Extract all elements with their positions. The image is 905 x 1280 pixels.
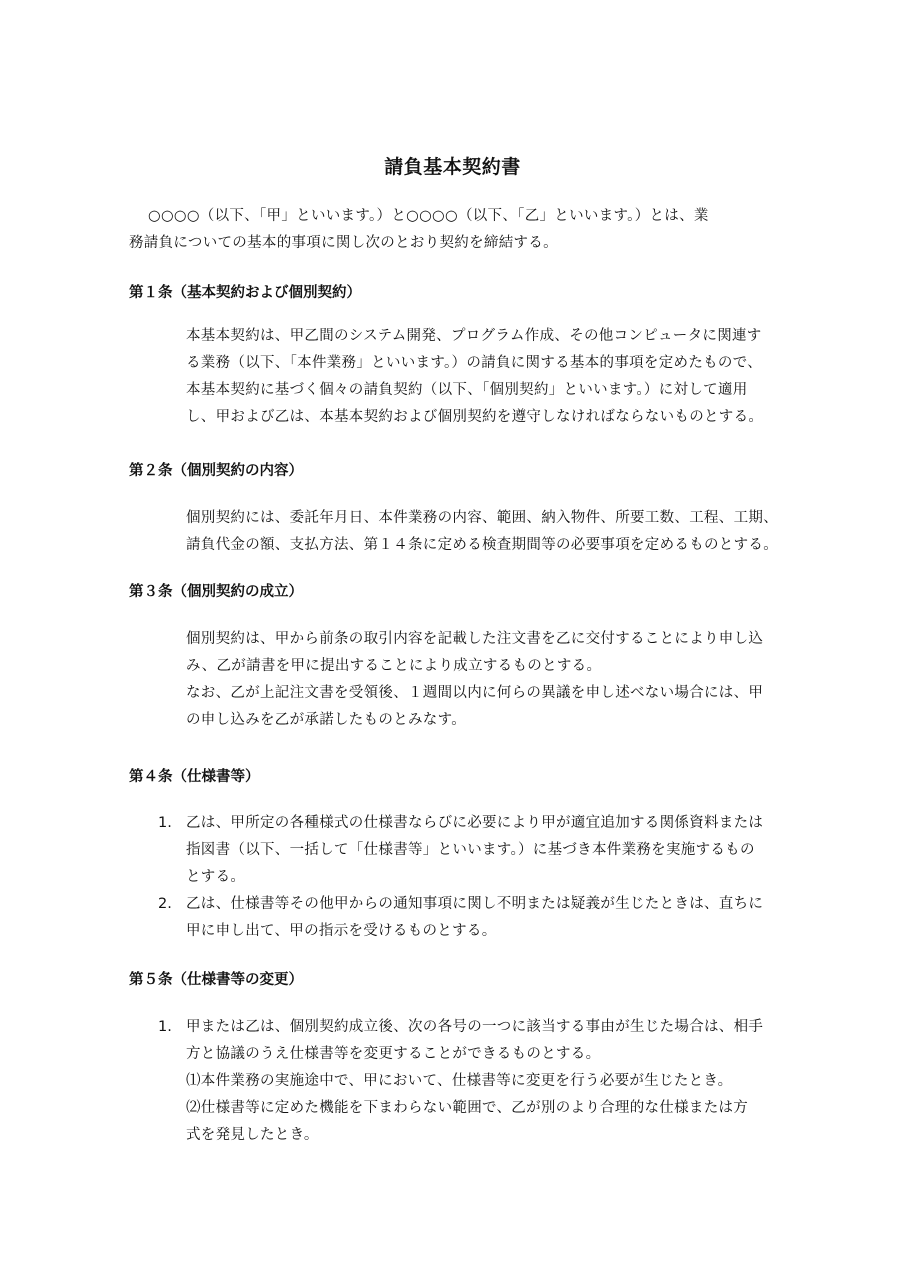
article-5-item-1-line: ⑴本件業務の実施途中で、甲において、仕様書等に変更を行う必要が生じたとき。	[186, 1072, 732, 1090]
article-5-heading: 第５条（仕様書等の変更）	[129, 971, 303, 989]
document-page: 請負基本契約書 ○○○○（以下、「甲」といいます。）と○○○○（以下、「乙」とい…	[0, 0, 905, 1280]
article-1-line: 本基本契約に基づく個々の請負契約（以下、「個別契約」といいます。）に対して適用	[186, 381, 748, 399]
article-4-item-2-line: 甲に申し出て、甲の指示を受けるものとする。	[186, 922, 497, 940]
article-5-item-1-line: 式を発見したとき。	[186, 1126, 319, 1144]
article-4-heading: 第４条（仕様書等）	[129, 768, 260, 786]
preamble-line: ○○○○（以下、「甲」といいます。）と○○○○（以下、「乙」といいます。）とは、…	[148, 207, 709, 225]
article-3-line: 個別契約は、甲から前条の取引内容を記載した注文書を乙に交付することにより申し込	[186, 630, 763, 648]
list-number: 1.	[158, 1018, 172, 1036]
preamble-line: 務請負についての基本的事項に関し次のとおり契約を締結する。	[129, 234, 558, 252]
article-1-line: 本基本契約は、甲乙間のシステム開発、プログラム作成、その他コンピュータに関連す	[186, 327, 762, 345]
article-5-item-1-line: 甲または乙は、個別契約成立後、次の各号の一つに該当する事由が生じた場合は、相手	[186, 1018, 763, 1036]
article-4-item-2-line: 乙は、仕様書等その他甲からの通知事項に関し不明または疑義が生じたときは、直ちに	[186, 895, 763, 913]
article-4-item-1-line: 乙は、甲所定の各種様式の仕様書ならびに必要により甲が適宜追加する関係資料または	[186, 814, 763, 832]
article-3-heading: 第３条（個別契約の成立）	[129, 583, 303, 601]
article-4-item-1-line: 指図書（以下、一括して「仕様書等」といいます。）に基づき本件業務を実施するもの	[186, 841, 755, 859]
list-number: 1.	[158, 814, 172, 832]
article-1-line: し、甲および乙は、本基本契約および個別契約を遵守しなければならないものとする。	[186, 408, 763, 426]
article-3-line: み、乙が請書を甲に提出することにより成立するものとする。	[186, 657, 601, 675]
article-3-line: なお、乙が上記注文書を受領後、１週間以内に何らの異議を申し述べない場合には、甲	[186, 684, 763, 702]
article-3-line: の申し込みを乙が承諾したものとみなす。	[186, 711, 466, 729]
article-1-line: る業務（以下、「本件業務」といいます。）の請負に関する基本的事項を定めたもので、	[186, 354, 762, 372]
article-4-item-1-line: とする。	[186, 868, 245, 886]
article-2-line: 請負代金の額、支払方法、第１４条に定める検査期間等の必要事項を定めるものとする。	[186, 536, 778, 554]
article-2-heading: 第２条（個別契約の内容）	[129, 462, 303, 480]
list-number: 2.	[158, 895, 172, 913]
document-title: 請負基本契約書	[0, 152, 905, 179]
article-2-line: 個別契約には、委託年月日、本件業務の内容、範囲、納入物件、所要工数、工程、工期、	[186, 509, 778, 527]
article-5-item-1-line: ⑵仕様書等に定めた機能を下まわらない範囲で、乙が別のより合理的な仕様または方	[186, 1099, 748, 1117]
article-5-item-1-line: 方と協議のうえ仕様書等を変更することができるものとする。	[186, 1045, 600, 1063]
article-1-heading: 第１条（基本契約および個別契約）	[129, 284, 361, 302]
